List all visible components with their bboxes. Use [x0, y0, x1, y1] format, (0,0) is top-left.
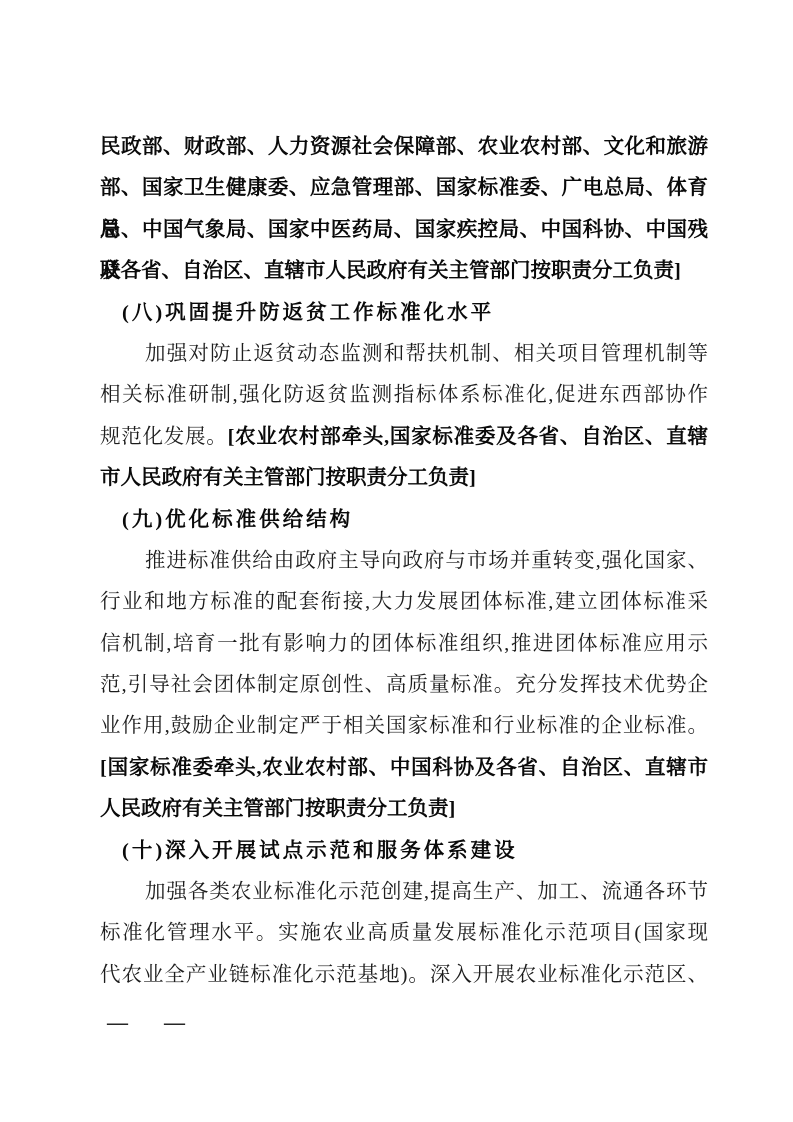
section-heading: (八)巩固提升防返贫工作标准化水平: [100, 293, 708, 334]
text-run: 加强各类农业标准化示范创建,提高生产、加工、流通各环节: [145, 881, 708, 903]
section-heading: (九)优化标准供给结构: [100, 500, 708, 541]
text-line: 行业和地方标准的配套衔接,大力发展团体标准,建立团体标准采: [100, 582, 708, 623]
text-line: 人民政府有关主管部门按职责分工负责]: [100, 789, 708, 830]
section-heading: (十)深入开展试点示范和服务体系建设: [100, 831, 708, 872]
text-line: 加强对防止返贫动态监测和帮扶机制、相关项目管理机制等: [100, 334, 708, 375]
text-line: 规范化发展。[农业农村部牵头,国家标准委及各省、自治区、直辖: [100, 417, 708, 458]
bold-text-run: 人民政府有关主管部门按职责分工负责]: [100, 798, 455, 820]
bold-text-run: 市人民政府有关主管部门按职责分工负责]: [100, 467, 476, 489]
text-run: 相关标准研制,强化防返贫监测指标体系标准化,促进东西部协作: [100, 384, 708, 406]
bold-text-run: 及各省、自治区、直辖市人民政府有关主管部门按职责分工负责]: [100, 260, 681, 282]
text-run: 加强对防止返贫动态监测和帮扶机制、相关项目管理机制等: [145, 343, 708, 365]
bold-text-run: (九)优化标准供给结构: [122, 509, 353, 531]
text-line: 加强各类农业标准化示范创建,提高生产、加工、流通各环节: [100, 872, 708, 913]
text-run: 规范化发展。: [100, 426, 228, 448]
page-number-dash-left: —: [107, 1008, 128, 1036]
text-line: 推进标准供给由政府主导向政府与市场并重转变,强化国家、: [100, 541, 708, 582]
text-run: 行业和地方标准的配套衔接,大力发展团体标准,建立团体标准采: [100, 591, 708, 613]
text-line: 市人民政府有关主管部门按职责分工负责]: [100, 458, 708, 499]
bold-text-run: (八)巩固提升防返贫工作标准化水平: [122, 302, 494, 324]
document-page: { "page": { "width": 793, "height": 1122…: [0, 0, 793, 1122]
text-run: 代农业全产业链标准化示范基地)。深入开展农业标准化示范区、: [100, 964, 708, 986]
text-line: 范,引导社会团体制定原创性、高质量标准。充分发挥技术优势企: [100, 665, 708, 706]
text-run: 标准化管理水平。实施农业高质量发展标准化示范项目(国家现: [100, 922, 708, 944]
page-number-dash-right: —: [164, 1008, 185, 1036]
bold-text-run: (十)深入开展试点示范和服务体系建设: [122, 840, 518, 862]
text-run: 推进标准供给由政府主导向政府与市场并重转变,强化国家、: [145, 550, 708, 572]
text-line: 业作用,鼓励企业制定严于相关国家标准和行业标准的企业标准。: [100, 706, 708, 747]
bold-text-run: 民政部、财政部、人力资源社会保障部、农业农村部、文化和旅游: [100, 136, 708, 158]
text-run: 信机制,培育一批有影响力的团体标准组织,推进团体标准应用示: [100, 633, 708, 655]
text-line: [国家标准委牵头,农业农村部、中国科协及各省、自治区、直辖市: [100, 748, 708, 789]
text-line: 相关标准研制,强化防返贫监测指标体系标准化,促进东西部协作: [100, 375, 708, 416]
text-line: 代农业全产业链标准化示范基地)。深入开展农业标准化示范区、: [100, 955, 708, 996]
page-footer: — —: [0, 1008, 793, 1038]
text-run: 范,引导社会团体制定原创性、高质量标准。充分发挥技术优势企: [100, 674, 708, 696]
document-body: 民政部、财政部、人力资源社会保障部、农业农村部、文化和旅游部、国家卫生健康委、应…: [100, 127, 708, 996]
text-line: 标准化管理水平。实施农业高质量发展标准化示范项目(国家现: [100, 913, 708, 954]
text-line: 部、国家卫生健康委、应急管理部、国家标准委、广电总局、体育总: [100, 168, 708, 209]
text-line: 信机制,培育一批有影响力的团体标准组织,推进团体标准应用示: [100, 624, 708, 665]
bold-text-run: [农业农村部牵头,国家标准委及各省、自治区、直辖: [228, 426, 708, 448]
text-line: 民政部、财政部、人力资源社会保障部、农业农村部、文化和旅游: [100, 127, 708, 168]
text-line: 局、中国气象局、国家中医药局、国家疾控局、中国科协、中国残联: [100, 210, 708, 251]
text-line: 及各省、自治区、直辖市人民政府有关主管部门按职责分工负责]: [100, 251, 708, 292]
text-run: 业作用,鼓励企业制定严于相关国家标准和行业标准的企业标准。: [100, 715, 708, 737]
bold-text-run: [国家标准委牵头,农业农村部、中国科协及各省、自治区、直辖市: [100, 757, 708, 779]
